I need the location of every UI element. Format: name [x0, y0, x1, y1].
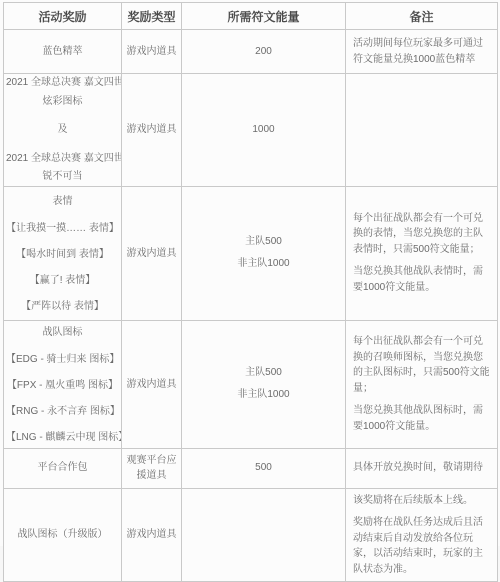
- reward-type-cell: 游戏内道具: [122, 30, 182, 74]
- reward-line: 表情: [6, 195, 119, 209]
- reward-type: 游戏内道具: [124, 44, 179, 59]
- table-row: 2021 全球总决赛 嘉文四世 炫彩图标 及 2021 全球总决赛 嘉文四世 锐…: [4, 74, 498, 187]
- notes-cell: 活动期间每位玩家最多可通过符文能量兑换1000蓝色精萃: [346, 30, 498, 74]
- energy-value: 主队500: [184, 235, 343, 249]
- reward-cell: 2021 全球总决赛 嘉文四世 炫彩图标 及 2021 全球总决赛 嘉文四世 锐…: [4, 74, 122, 187]
- reward-line: 【严阵以待 表情】: [6, 297, 119, 312]
- table-row: 战队图标（升级版） 游戏内道具 该奖励将在后续版本上线。 奖励将在战队任务达成后…: [4, 488, 498, 582]
- reward-line: 【EDG - 骑士归来 图标】: [6, 350, 119, 365]
- rune-energy-cell: 主队500 非主队1000: [182, 320, 346, 448]
- table-row: 平台合作包 观赛平台应援道具 500 具体开放兑换时间，敬请期待: [4, 448, 498, 488]
- rune-energy-cell: 主队500 非主队1000: [182, 186, 346, 320]
- reward-type-cell: 游戏内道具: [122, 320, 182, 448]
- note-paragraph: 当您兑换其他战队表情时，需要1000符文能量。: [353, 264, 490, 295]
- reward-cell: 战队图标 【EDG - 骑士归来 图标】 【FPX - 凰火重鸣 图标】 【RN…: [4, 320, 122, 448]
- notes-cell: 具体开放兑换时间，敬请期待: [346, 448, 498, 488]
- reward-line: 【RNG - 永不言弃 图标】: [6, 402, 119, 417]
- rewards-table: 活动奖励 奖励类型 所需符文能量 备注 蓝色精萃 游戏内道具 200 活动期间每…: [3, 2, 498, 582]
- reward-line: 【FPX - 凰火重鸣 图标】: [6, 376, 119, 391]
- note-paragraph: 活动期间每位玩家最多可通过符文能量兑换1000蓝色精萃: [353, 36, 490, 67]
- reward-type: 观赛平台应援道具: [124, 453, 179, 483]
- reward-line: 战队图标（升级版）: [6, 528, 119, 542]
- table-row: 蓝色精萃 游戏内道具 200 活动期间每位玩家最多可通过符文能量兑换1000蓝色…: [4, 30, 498, 74]
- reward-type: 游戏内道具: [124, 122, 179, 137]
- page: 活动奖励 奖励类型 所需符文能量 备注 蓝色精萃 游戏内道具 200 活动期间每…: [0, 0, 500, 546]
- column-header-notes: 备注: [346, 3, 498, 30]
- note-paragraph: 当您兑换其他战队图标时，需要1000符文能量。: [353, 403, 490, 434]
- energy-value: 非主队1000: [184, 257, 343, 271]
- reward-type: 游戏内道具: [124, 246, 179, 261]
- reward-line: 炫彩图标: [6, 95, 119, 109]
- note-paragraph: 具体开放兑换时间，敬请期待: [353, 460, 490, 476]
- reward-line: 【赢了! 表情】: [6, 271, 119, 286]
- header-row: 活动奖励 奖励类型 所需符文能量 备注: [4, 3, 498, 30]
- reward-type-cell: 游戏内道具: [122, 186, 182, 320]
- table-row: 表情 【让我摸一摸…… 表情】 【喝水时间到 表情】 【赢了! 表情】 【严阵以…: [4, 186, 498, 320]
- notes-cell: [346, 74, 498, 187]
- reward-line: 【喝水时间到 表情】: [6, 245, 119, 260]
- notes-cell: 每个出征战队都会有一个可兑换的表情，当您兑换您的主队表情时，只需500符文能量；…: [346, 186, 498, 320]
- rune-energy-cell: 200: [182, 30, 346, 74]
- reward-line: 【让我摸一摸…… 表情】: [6, 219, 119, 234]
- reward-line: 【LNG - 麒麟云中现 图标】: [6, 428, 119, 443]
- reward-type: 游戏内道具: [124, 527, 179, 542]
- note-paragraph: 每个出征战队都会有一个可兑换的表情，当您兑换您的主队表情时，只需500符文能量；: [353, 211, 490, 258]
- reward-line: 及: [6, 123, 119, 137]
- notes-cell: 该奖励将在后续版本上线。 奖励将在战队任务达成后且活动结束后自动发放给各位玩家，…: [346, 488, 498, 582]
- reward-line: 战队图标: [6, 326, 119, 340]
- notes-cell: 每个出征战队都会有一个可兑换的召唤师图标，当您兑换您的主队图标时，只需500符文…: [346, 320, 498, 448]
- reward-type-cell: 游戏内道具: [122, 74, 182, 187]
- energy-value: 500: [184, 461, 343, 475]
- rune-energy-cell: 500: [182, 448, 346, 488]
- reward-line: 平台合作包: [6, 461, 119, 475]
- reward-type-cell: 游戏内道具: [122, 488, 182, 582]
- table-row: 战队图标 【EDG - 骑士归来 图标】 【FPX - 凰火重鸣 图标】 【RN…: [4, 320, 498, 448]
- note-paragraph: 每个出征战队都会有一个可兑换的召唤师图标，当您兑换您的主队图标时，只需500符文…: [353, 334, 490, 396]
- energy-value: 200: [184, 45, 343, 59]
- reward-type: 游戏内道具: [124, 377, 179, 392]
- note-paragraph: 奖励将在战队任务达成后且活动结束后自动发放给各位玩家，以活动结束时，玩家的主队状…: [353, 515, 490, 577]
- reward-line: 2021 全球总决赛 嘉文四世: [6, 152, 119, 166]
- reward-line: 蓝色精萃: [6, 45, 119, 59]
- energy-value: 非主队1000: [184, 388, 343, 402]
- column-header-type: 奖励类型: [122, 3, 182, 30]
- note-paragraph: 该奖励将在后续版本上线。: [353, 493, 490, 509]
- energy-value: 1000: [184, 123, 343, 137]
- rune-energy-cell: 1000: [182, 74, 346, 187]
- reward-cell: 表情 【让我摸一摸…… 表情】 【喝水时间到 表情】 【赢了! 表情】 【严阵以…: [4, 186, 122, 320]
- reward-type-cell: 观赛平台应援道具: [122, 448, 182, 488]
- reward-line: 锐不可当: [6, 170, 119, 184]
- energy-value: 主队500: [184, 366, 343, 380]
- reward-cell: 蓝色精萃: [4, 30, 122, 74]
- reward-line: 2021 全球总决赛 嘉文四世: [6, 76, 119, 90]
- reward-cell: 战队图标（升级版）: [4, 488, 122, 582]
- column-header-energy: 所需符文能量: [182, 3, 346, 30]
- rune-energy-cell: [182, 488, 346, 582]
- column-header-reward: 活动奖励: [4, 3, 122, 30]
- reward-cell: 平台合作包: [4, 448, 122, 488]
